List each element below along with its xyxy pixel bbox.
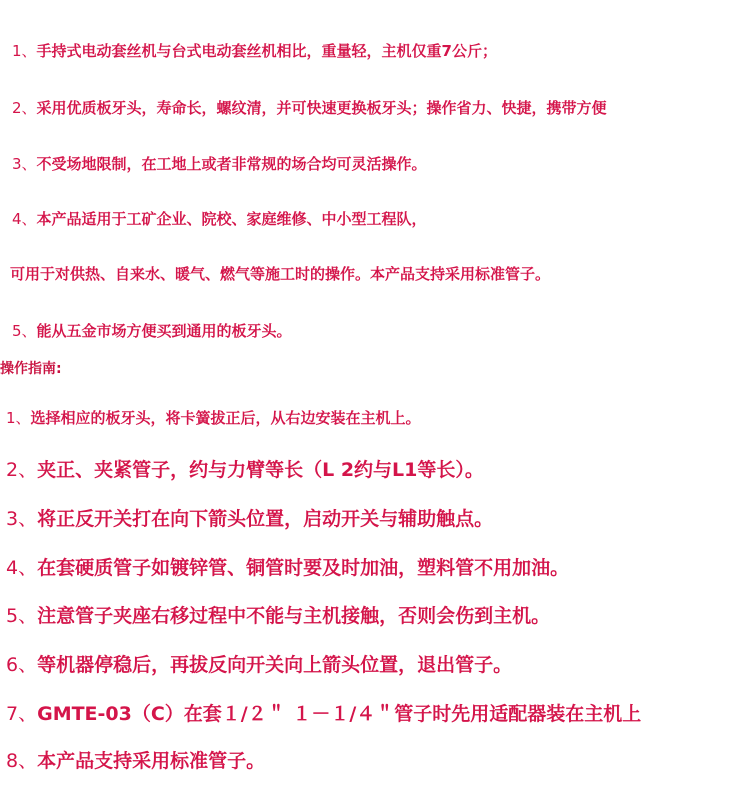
- item-text: GMTE-03（C）在套１/２＂ １－１/４＂管子时先用适配器装在主机上: [37, 703, 641, 725]
- item-text: 将正反开关打在向下箭头位置，启动开关与辅助触点。: [37, 508, 493, 530]
- item-number: 1、: [12, 42, 37, 60]
- item-text: 不受场地限制，在工地上或者非常规的场合均可灵活操作。: [37, 155, 427, 173]
- step-item-4: 4、在套硬质管子如镀锌管、铜管时要及时加油，塑料管不用加油。: [6, 553, 569, 580]
- step-item-2: 2、夹正、夹紧管子，约与力臂等长（L 2约与L1等长）。: [6, 455, 484, 482]
- item-number: 3、: [12, 155, 37, 173]
- item-number: 4、: [6, 557, 37, 579]
- step-item-3: 3、将正反开关打在向下箭头位置，启动开关与辅助触点。: [6, 504, 493, 531]
- item-text: 选择相应的板牙头，将卡簧拔正后，从右边安装在主机上。: [31, 409, 421, 427]
- feature-item-4-cont: 可用于对供热、自来水、暖气、燃气等施工时的操作。本产品支持采用标准管子。: [10, 263, 550, 284]
- item-number: 2、: [6, 459, 37, 481]
- step-item-7: 7、GMTE-03（C）在套１/２＂ １－１/４＂管子时先用适配器装在主机上: [6, 699, 641, 726]
- item-text: 可用于对供热、自来水、暖气、燃气等施工时的操作。本产品支持采用标准管子。: [10, 265, 550, 283]
- item-text: 采用优质板牙头，寿命长，螺纹清，并可快速更换板牙头；操作省力、快捷，携带方便: [37, 99, 607, 117]
- step-item-8: 8、本产品支持采用标准管子。: [6, 746, 265, 773]
- item-text: 手持式电动套丝机与台式电动套丝机相比，重量轻，主机仅重7公斤；: [37, 42, 497, 60]
- item-number: 5、: [12, 322, 37, 340]
- guide-title: 操作指南:: [0, 358, 62, 378]
- item-number: 1、: [6, 409, 31, 427]
- item-number: 5、: [6, 605, 37, 627]
- item-text: 能从五金市场方便买到通用的板牙头。: [37, 322, 292, 340]
- item-text: 本产品支持采用标准管子。: [37, 750, 265, 772]
- feature-item-5: 5、能从五金市场方便买到通用的板牙头。: [12, 320, 292, 341]
- item-text: 在套硬质管子如镀锌管、铜管时要及时加油，塑料管不用加油。: [37, 557, 569, 579]
- step-item-5: 5、注意管子夹座右移过程中不能与主机接触，否则会伤到主机。: [6, 601, 550, 628]
- item-number: 6、: [6, 654, 37, 676]
- feature-item-2: 2、采用优质板牙头，寿命长，螺纹清，并可快速更换板牙头；操作省力、快捷，携带方便: [12, 97, 607, 118]
- item-number: 7、: [6, 703, 37, 725]
- item-text: 夹正、夹紧管子，约与力臂等长（L 2约与L1等长）。: [37, 459, 484, 481]
- feature-item-3: 3、不受场地限制，在工地上或者非常规的场合均可灵活操作。: [12, 153, 427, 174]
- item-text: 等机器停稳后，再拔反向开关向上箭头位置，退出管子。: [37, 654, 512, 676]
- step-item-1: 1、选择相应的板牙头，将卡簧拔正后，从右边安装在主机上。: [6, 407, 421, 428]
- step-item-6: 6、等机器停稳后，再拔反向开关向上箭头位置，退出管子。: [6, 650, 512, 677]
- item-number: 3、: [6, 508, 37, 530]
- feature-item-4: 4、本产品适用于工矿企业、院校、家庭维修、中小型工程队，: [12, 208, 427, 229]
- item-text: 注意管子夹座右移过程中不能与主机接触，否则会伤到主机。: [37, 605, 550, 627]
- item-number: 8、: [6, 750, 37, 772]
- item-number: 2、: [12, 99, 37, 117]
- item-number: 4、: [12, 210, 37, 228]
- feature-item-1: 1、手持式电动套丝机与台式电动套丝机相比，重量轻，主机仅重7公斤；: [12, 40, 497, 61]
- item-text: 本产品适用于工矿企业、院校、家庭维修、中小型工程队，: [37, 210, 427, 228]
